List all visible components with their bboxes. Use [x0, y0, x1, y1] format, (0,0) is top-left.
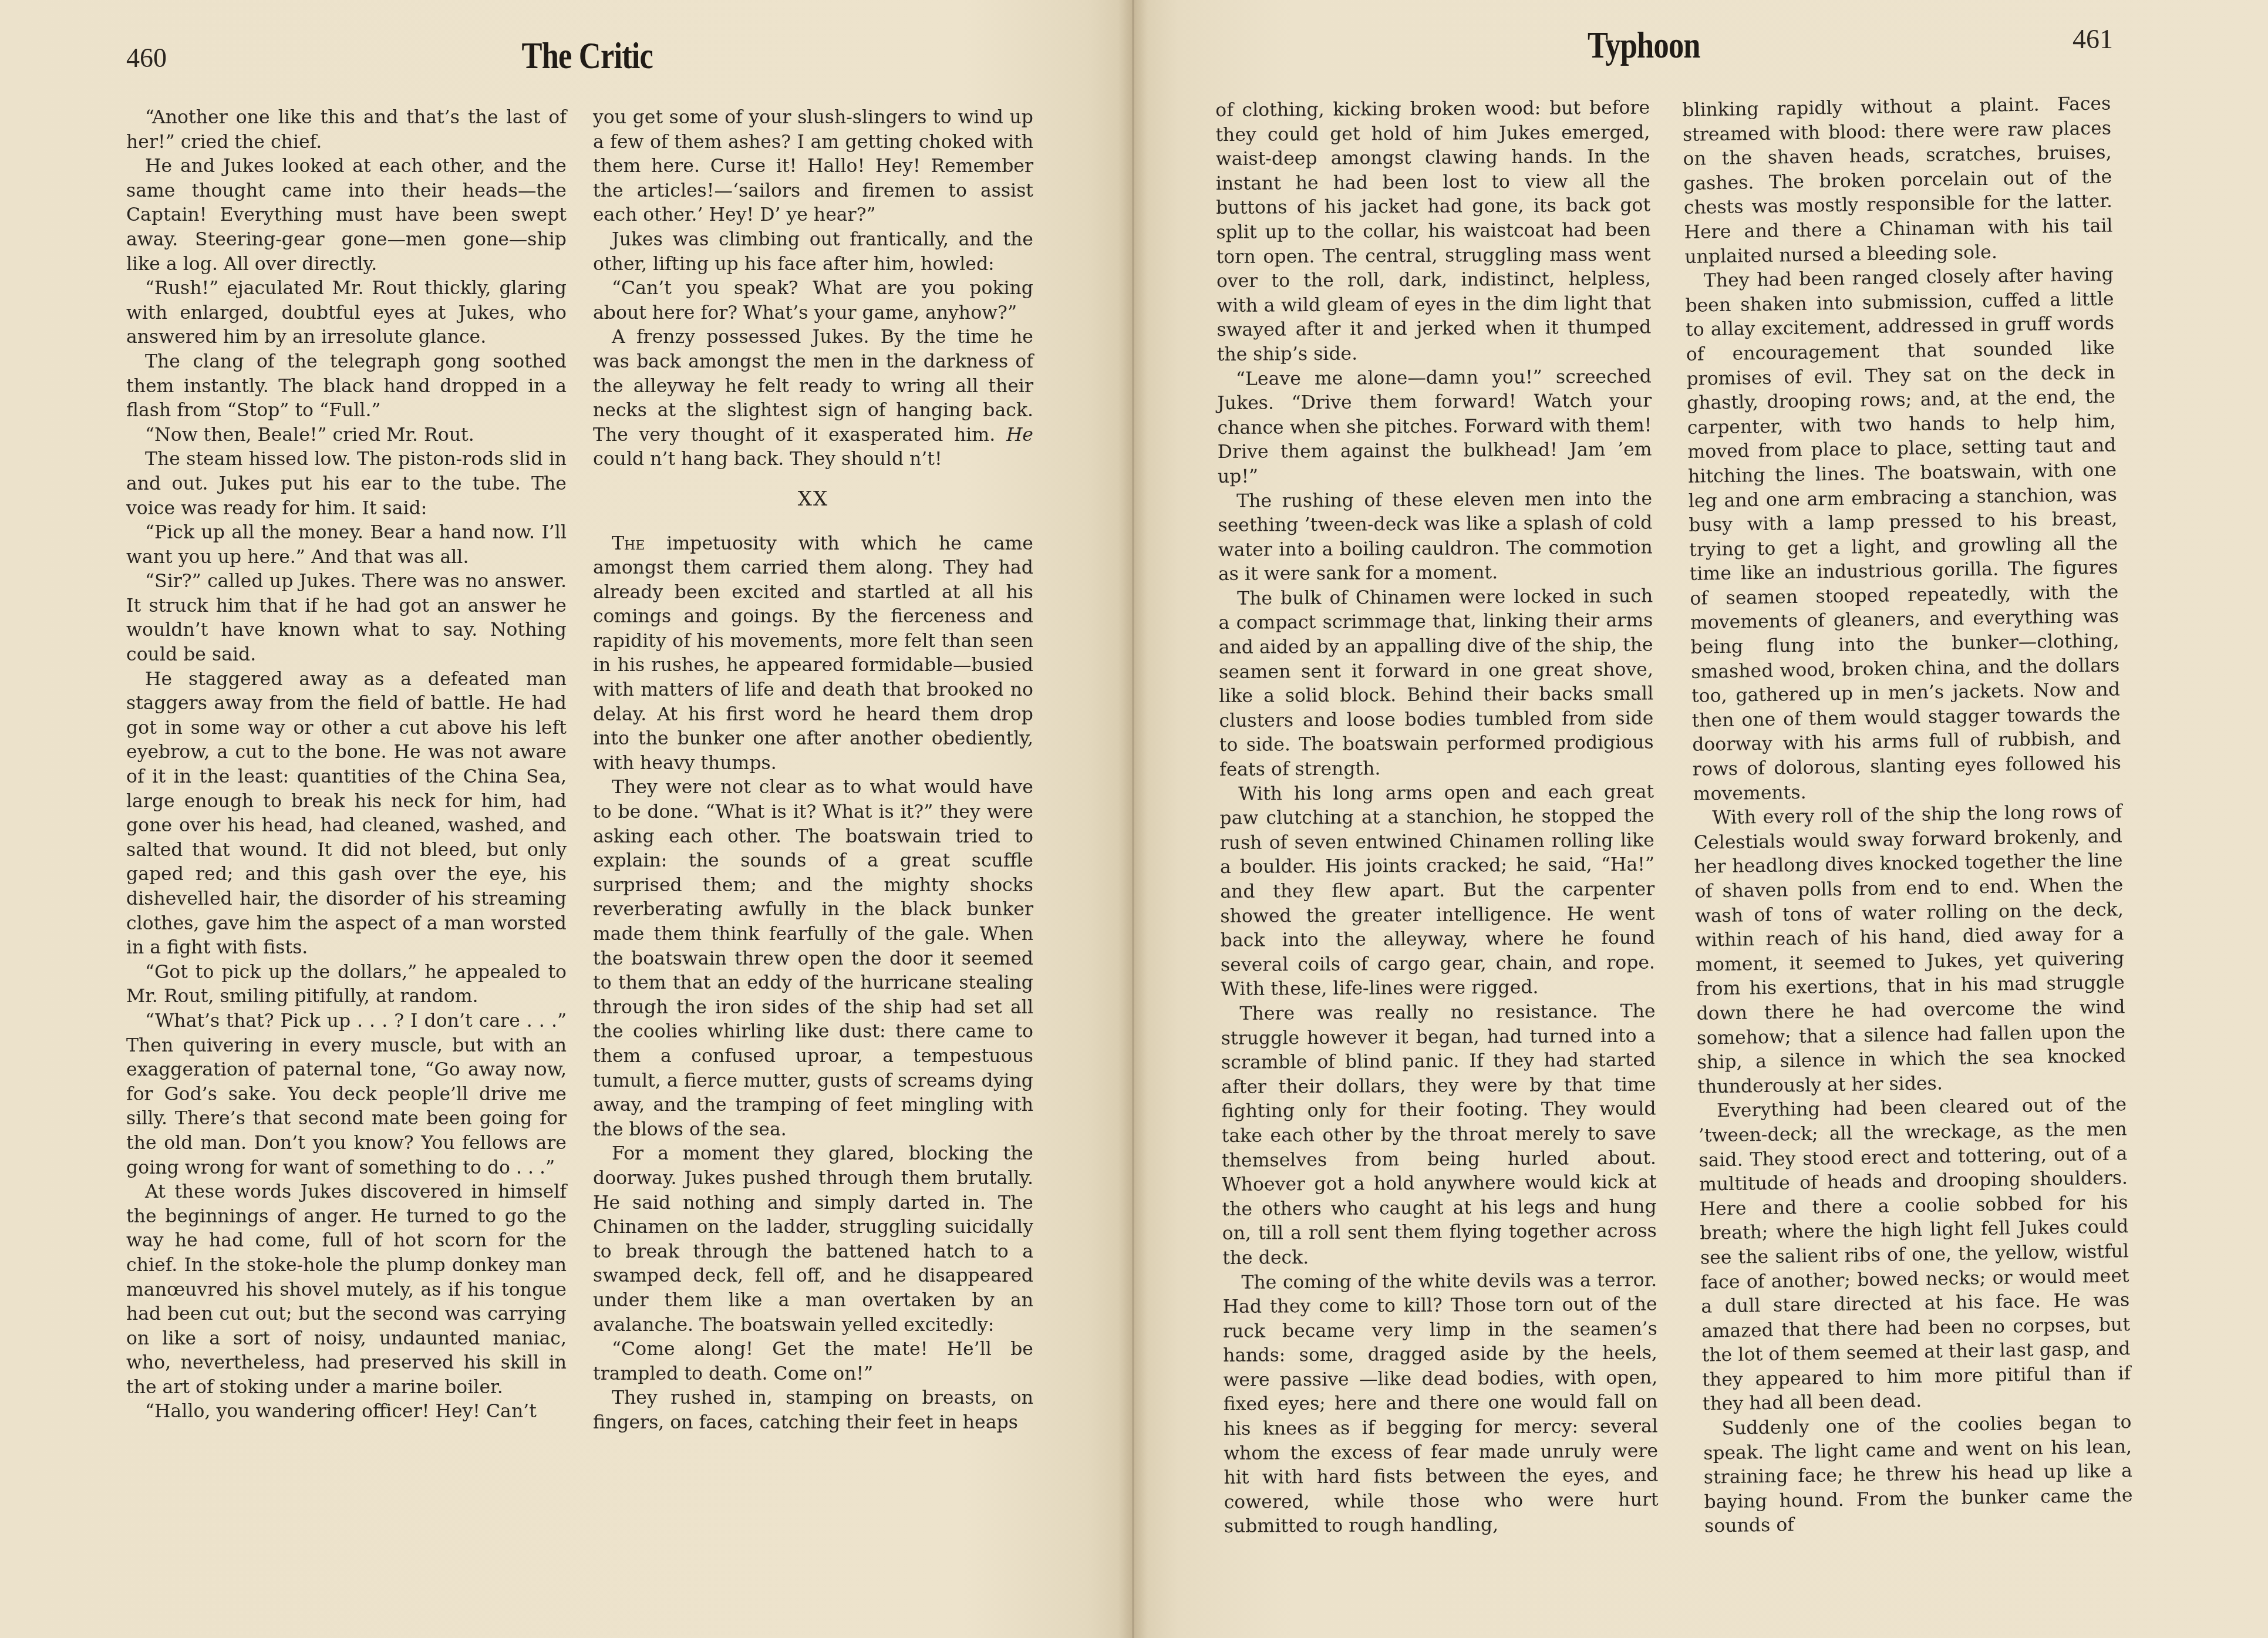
- paragraph-text: could n’t hang back. They should n’t!: [593, 449, 942, 470]
- chapter-heading: XX: [593, 487, 1033, 512]
- paragraph: The steam hissed low. The piston-rods sl…: [126, 447, 567, 521]
- paragraph: They were not clear as to what would hav…: [593, 776, 1033, 1142]
- paragraph: The coming of the white devils was a ter…: [1222, 1268, 1659, 1539]
- paragraph: There was really no resistance. The stru…: [1221, 999, 1657, 1270]
- paragraph: “Pick up all the money. Bear a hand now.…: [126, 521, 567, 569]
- book-gutter: [1118, 0, 1148, 1638]
- paragraph: Everything had been cleared out of the ’…: [1698, 1093, 2131, 1417]
- paragraph: “Now then, Beale!” cried Mr. Rout.: [126, 423, 567, 448]
- small-caps-lead: The: [612, 533, 645, 554]
- paragraph: “What’s that? Pick up . . . ? I don’t ca…: [126, 1009, 567, 1180]
- paragraph: The clang of the telegraph gong soothed …: [126, 350, 567, 423]
- paragraph: At these words Jukes discovered in himse…: [126, 1180, 567, 1400]
- paragraph: “Sir?” called up Jukes. There was no ans…: [126, 569, 567, 667]
- paragraph: A frenzy possessed Jukes. By the time he…: [593, 325, 1033, 472]
- paragraph: For a moment they glared, blocking the d…: [593, 1142, 1033, 1337]
- paragraph: The rushing of these eleven men into the…: [1218, 487, 1653, 587]
- paragraph: “Rush!” ejaculated Mr. Rout thickly, gla…: [126, 277, 567, 350]
- italic-emphasis: He: [1006, 424, 1033, 446]
- paragraph: Jukes was climbing out frantically, and …: [593, 228, 1033, 277]
- paragraph: The impetuosity with which he came among…: [593, 532, 1033, 776]
- running-title-text: Typhoon: [1588, 23, 1700, 67]
- paragraph: you get some of your slush-slingers to w…: [593, 106, 1033, 228]
- paragraph: With his long arms open and each great p…: [1219, 780, 1655, 1002]
- text-column-3: of clothing, kicking broken wood: but be…: [1215, 96, 1659, 1539]
- page-number-right: 461: [2072, 23, 2113, 55]
- paragraph: They had been ranged closely after havin…: [1685, 263, 2122, 807]
- running-title-text: The Critic: [521, 34, 653, 77]
- paragraph: “Can’t you speak? What are you poking ab…: [593, 277, 1033, 325]
- text-column-2: you get some of your slush-slingers to w…: [593, 106, 1033, 1435]
- paragraph: “Got to pick up the dollars,” he appeale…: [126, 960, 567, 1009]
- paragraph: They rushed in, stamping on breasts, on …: [593, 1386, 1033, 1435]
- paragraph: With every roll of the ship the long row…: [1693, 800, 2127, 1100]
- paragraph: The bulk of Chinamen were locked in such…: [1218, 584, 1654, 782]
- running-title-right: Typhoon: [1468, 23, 1820, 67]
- paragraph: Suddenly one of the coolies began to spe…: [1703, 1410, 2133, 1539]
- text-column-4: blinking rapidly without a plaint. Faces…: [1682, 92, 2133, 1539]
- paragraph-text: impetuosity with which he came amongst t…: [593, 533, 1033, 774]
- paragraph: He staggered away as a defeated man stag…: [126, 668, 567, 960]
- paragraph: blinking rapidly without a plaint. Faces…: [1682, 92, 2113, 270]
- paragraph: of clothing, kicking broken wood: but be…: [1215, 96, 1652, 367]
- paragraph: “Another one like this and that’s the la…: [126, 106, 567, 154]
- paragraph: “Leave me alone—damn you!” screeched Juk…: [1217, 365, 1652, 489]
- paragraph-text: A frenzy possessed Jukes. By the time he…: [593, 326, 1033, 445]
- text-column-1: “Another one like this and that’s the la…: [126, 106, 567, 1424]
- left-page: 460 The Critic “Another one like this an…: [0, 0, 1133, 1638]
- running-title-left: The Critic: [411, 34, 763, 77]
- paragraph: He and Jukes looked at each other, and t…: [126, 154, 567, 277]
- right-page: Typhoon 461 of clothing, kicking broken …: [1133, 0, 2268, 1638]
- paragraph: “Hallo, you wandering officer! Hey! Can’…: [126, 1400, 567, 1424]
- paragraph: “Come along! Get the mate! He’ll be tram…: [593, 1337, 1033, 1386]
- page-number-left: 460: [126, 42, 167, 73]
